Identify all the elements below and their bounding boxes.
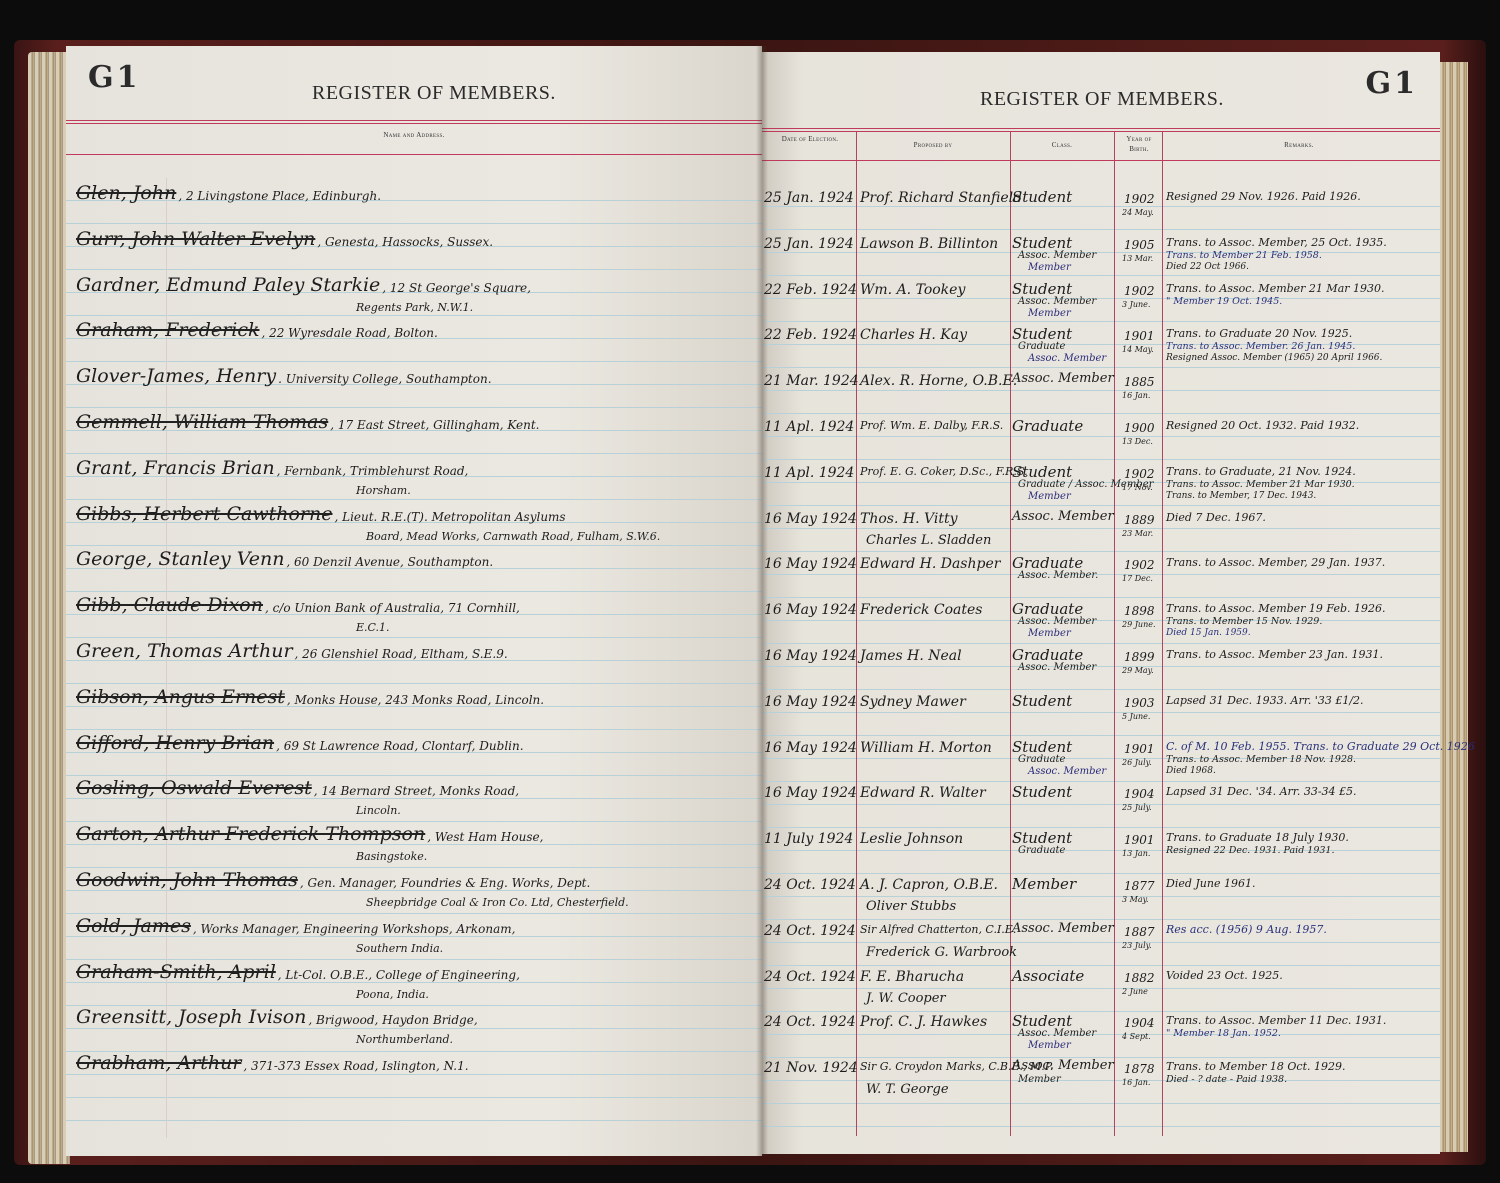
remark-line: Trans. to Assoc. Member 21 Mar 1930. [1166, 479, 1355, 490]
member-address: , Fernbank, Trimblehurst Road, [277, 464, 469, 478]
member-address: , 17 East Street, Gillingham, Kent. [330, 418, 539, 432]
member-class-transfer-2: Member [1028, 1040, 1071, 1051]
election-date: 16 May 1924 [764, 785, 857, 801]
register-entry: Glover-James, Henry. University College,… [66, 361, 762, 407]
member-address: , Works Manager, Engineering Workshops, … [193, 922, 516, 936]
member-address: , Gen. Manager, Foundries & Eng. Works, … [300, 876, 590, 890]
remark-line: Trans. to Assoc. Member, 29 Jan. 1937. [1166, 556, 1385, 569]
member-class: Assoc. Member [1012, 1058, 1114, 1073]
member-name: Grant, Francis Brian [76, 457, 275, 479]
member-name: Gibb, Claude Dixon [76, 594, 263, 616]
birth-year: 1899 [1124, 650, 1155, 664]
seconder: Oliver Stubbs [866, 899, 956, 914]
remark-line: " Member 19 Oct. 1945. [1166, 296, 1282, 307]
member-class-transfer: Assoc. Member [1018, 250, 1096, 261]
proposer: Prof. C. J. Hawkes [860, 1014, 987, 1030]
member-address-line2: Northumberland. [356, 1033, 453, 1046]
register-entry-details: 16 May 1924Sydney MawerStudent19035 June… [762, 688, 1440, 734]
header-rule-bottom [66, 154, 762, 155]
register-entry-details: 24 Oct. 1924A. J. Capron, O.B.E.Oliver S… [762, 871, 1440, 917]
remark-line: Lapsed 31 Dec. 1933. Arr. '33 £1/2. [1166, 694, 1364, 707]
member-class: Member [1012, 875, 1076, 893]
birth-day: 23 July. [1122, 941, 1152, 950]
member-name: Glen, John [76, 182, 176, 204]
member-class: Assoc. Member [1012, 371, 1114, 386]
member-name: Goodwin, John Thomas [76, 869, 298, 891]
register-entry: Glen, John, 2 Livingstone Place, Edinbur… [66, 178, 762, 224]
member-address: , 22 Wyresdale Road, Bolton. [261, 326, 437, 340]
birth-day: 25 July. [1122, 803, 1152, 812]
birth-day: 29 May. [1122, 666, 1154, 675]
register-entry-details: 22 Feb. 1924Charles H. KayStudentGraduat… [762, 321, 1440, 367]
proposer: James H. Neal [860, 648, 962, 664]
member-address-line2: Poona, India. [356, 988, 429, 1001]
page-code-left: G1 [88, 60, 141, 95]
member-class: Graduate [1012, 417, 1083, 435]
birth-year: 1903 [1124, 696, 1155, 710]
register-entry: Gibbs, Herbert Cawthorne, Lieut. R.E.(T)… [66, 499, 762, 545]
member-name: Graham, Frederick [76, 319, 259, 341]
member-class: Student [1012, 188, 1072, 206]
member-name: Graham-Smith, April [76, 961, 276, 983]
member-class: Associate [1012, 967, 1084, 985]
register-entry-details: 11 Apl. 1924Prof. Wm. E. Dalby, F.R.S.Gr… [762, 413, 1440, 459]
remark-line: Died 22 Oct 1966. [1166, 262, 1249, 272]
birth-day: 17 Dec. [1122, 574, 1153, 583]
register-entry: Gemmell, William Thomas, 17 East Street,… [66, 407, 762, 453]
birth-year: 1902 [1124, 467, 1155, 481]
register-entry-details: 25 Jan. 1924Lawson B. BillintonStudentAs… [762, 230, 1440, 276]
birth-year: 1901 [1124, 833, 1155, 847]
member-class-transfer-2: Member [1028, 628, 1071, 639]
seconder: W. T. George [866, 1082, 949, 1097]
member-address: . University College, Southampton. [278, 372, 491, 386]
column-header-date: Date of Election. [766, 134, 854, 144]
election-date: 25 Jan. 1924 [764, 236, 854, 252]
member-address: , West Ham House, [427, 830, 543, 844]
remark-line: C. of M. 10 Feb. 1955. Trans. to Graduat… [1166, 740, 1475, 753]
proposer: A. J. Capron, O.B.E. [860, 877, 998, 893]
member-class-transfer: Assoc. Member [1018, 296, 1096, 307]
election-date: 24 Oct. 1924 [764, 923, 856, 939]
member-name: Gemmell, William Thomas [76, 411, 328, 433]
register-entry: Goodwin, John Thomas, Gen. Manager, Foun… [66, 865, 762, 911]
proposer: Leslie Johnson [860, 831, 963, 847]
election-date: 22 Feb. 1924 [764, 282, 857, 298]
birth-year: 1905 [1124, 238, 1155, 252]
member-address-line2: Basingstoke. [356, 850, 427, 863]
register-entry: Grabham, Arthur, 371-373 Essex Road, Isl… [66, 1048, 762, 1094]
birth-year: 1900 [1124, 421, 1155, 435]
birth-day: 4 Sept. [1122, 1032, 1151, 1041]
member-address-line2: Board, Mead Works, Carnwath Road, Fulham… [366, 530, 660, 543]
birth-day: 2 June [1122, 987, 1148, 996]
birth-year: 1889 [1124, 513, 1155, 527]
birth-day: 16 Jan. [1122, 391, 1150, 400]
member-address: , 26 Glenshiel Road, Eltham, S.E.9. [295, 647, 508, 661]
remark-line: Died 1968. [1166, 766, 1216, 776]
member-address: , 2 Livingstone Place, Edinburgh. [178, 189, 381, 203]
register-entry-details: 16 May 1924Edward R. WalterStudent190425… [762, 779, 1440, 825]
member-address: , Genesta, Hassocks, Sussex. [317, 235, 493, 249]
member-address: , Monks House, 243 Monks Road, Lincoln. [287, 693, 544, 707]
proposer: Prof. E. G. Coker, D.Sc., F.R.S. [860, 465, 1028, 478]
page-title-left: REGISTER OF MEMBERS. [312, 82, 556, 105]
proposer: Edward R. Walter [860, 785, 986, 801]
election-date: 11 July 1924 [764, 831, 853, 847]
header-rule-top-right [762, 128, 1440, 132]
page-code-right: G1 [1366, 66, 1419, 101]
birth-year: 1885 [1124, 375, 1155, 389]
register-entry-details: 16 May 1924Frederick CoatesGraduateAssoc… [762, 596, 1440, 642]
member-class-transfer: Member [1018, 1074, 1061, 1085]
election-date: 16 May 1924 [764, 648, 857, 664]
birth-day: 26 July. [1122, 758, 1152, 767]
member-address: , Brigwood, Haydon Bridge, [308, 1013, 477, 1027]
member-class-transfer: Assoc. Member [1018, 616, 1096, 627]
register-entry-details: 25 Jan. 1924Prof. Richard StanfieldStude… [762, 184, 1440, 230]
remark-line: Died 15 Jan. 1959. [1166, 628, 1251, 638]
remark-line: Resigned 29 Nov. 1926. Paid 1926. [1166, 190, 1361, 203]
register-entry-details: 11 July 1924Leslie JohnsonStudentGraduat… [762, 825, 1440, 871]
remark-line: Trans. to Graduate 20 Nov. 1925. [1166, 327, 1352, 340]
remark-line: Voided 23 Oct. 1925. [1166, 969, 1283, 982]
member-address-line2: Sheepbridge Coal & Iron Co. Ltd, Chester… [366, 896, 629, 909]
register-entry-details: 11 Apl. 1924Prof. E. G. Coker, D.Sc., F.… [762, 459, 1440, 505]
birth-year: 1901 [1124, 742, 1155, 756]
birth-day: 23 Mar. [1122, 529, 1153, 538]
header-rule-top [66, 120, 762, 124]
remark-line: Trans. to Assoc. Member 18 Nov. 1928. [1166, 754, 1356, 765]
register-entry-details: 24 Oct. 1924Sir Alfred Chatterton, C.I.E… [762, 917, 1440, 963]
remark-line: Trans. to Member 15 Nov. 1929. [1166, 616, 1322, 627]
page-title-right: REGISTER OF MEMBERS. [980, 88, 1224, 111]
proposer: Sydney Mawer [860, 694, 966, 710]
remark-line: " Member 18 Jan. 1952. [1166, 1028, 1281, 1039]
election-date: 24 Oct. 1924 [764, 1014, 856, 1030]
right-page: REGISTER OF MEMBERS. G1 Date of Election… [762, 52, 1440, 1154]
register-entry-details: 22 Feb. 1924Wm. A. TookeyStudentAssoc. M… [762, 276, 1440, 322]
remark-line: Trans. to Graduate 18 July 1930. [1166, 831, 1349, 844]
proposer: Wm. A. Tookey [860, 282, 965, 298]
member-class-transfer: Graduate [1018, 754, 1065, 765]
birth-year: 1877 [1124, 879, 1155, 893]
register-entry-details: 24 Oct. 1924F. E. BharuchaJ. W. CooperAs… [762, 963, 1440, 1009]
birth-year: 1901 [1124, 329, 1155, 343]
remark-line: Trans. to Member 18 Oct. 1929. [1166, 1060, 1346, 1073]
election-date: 11 Apl. 1924 [764, 465, 854, 481]
remark-line: Trans. to Assoc. Member 21 Mar 1930. [1166, 282, 1385, 295]
seconder: J. W. Cooper [866, 991, 946, 1006]
member-name: Gibson, Angus Ernest [76, 686, 285, 708]
seconder: Charles L. Sladden [866, 533, 991, 548]
birth-year: 1902 [1124, 558, 1155, 572]
election-date: 21 Nov. 1924 [764, 1060, 858, 1076]
member-name: Gold, James [76, 915, 191, 937]
member-address: , 69 St Lawrence Road, Clontarf, Dublin. [276, 739, 523, 753]
birth-day: 13 Dec. [1122, 437, 1153, 446]
proposer: Alex. R. Horne, O.B.E. [860, 373, 1017, 389]
election-date: 16 May 1924 [764, 694, 857, 710]
register-entry: Garton, Arthur Frederick Thompson, West … [66, 819, 762, 865]
column-header-year-of-birth: Year of Birth. [1116, 134, 1162, 154]
register-entry: George, Stanley Venn, 60 Denzil Avenue, … [66, 544, 762, 590]
member-address: , c/o Union Bank of Australia, 71 Cornhi… [265, 601, 520, 615]
proposer: William H. Morton [860, 740, 992, 756]
election-date: 24 Oct. 1924 [764, 877, 856, 893]
remark-line: Trans. to Assoc. Member. 26 Jan. 1945. [1166, 341, 1355, 352]
register-entry: Gurr, John Walter Evelyn, Genesta, Hasso… [66, 224, 762, 270]
book-gutter [756, 46, 768, 1156]
proposer: Edward H. Dashper [860, 556, 1000, 572]
seconder: Frederick G. Warbrook [866, 945, 1017, 960]
member-address: , 60 Denzil Avenue, Southampton. [286, 555, 493, 569]
register-entry-details: 16 May 1924Thos. H. VittyCharles L. Slad… [762, 505, 1440, 551]
member-class-transfer-2: Member [1028, 491, 1071, 502]
member-class: Student [1012, 783, 1072, 801]
member-class-transfer: Graduate [1018, 845, 1065, 856]
column-header-remarks: Remarks. [1164, 140, 1434, 150]
member-address-line2: Southern India. [356, 942, 443, 955]
election-date: 24 Oct. 1924 [764, 969, 856, 985]
member-address: , Lieut. R.E.(T). Metropolitan Asylums [334, 510, 565, 524]
member-class: Student [1012, 692, 1072, 710]
remark-line: Trans. to Assoc. Member, 25 Oct. 1935. [1166, 236, 1387, 249]
register-entry: Gibb, Claude Dixon, c/o Union Bank of Au… [66, 590, 762, 636]
remark-line: Trans. to Graduate, 21 Nov. 1924. [1166, 465, 1356, 478]
member-name: George, Stanley Venn [76, 548, 284, 570]
remark-line: Resigned 20 Oct. 1932. Paid 1932. [1166, 419, 1359, 432]
member-name: Greensitt, Joseph Ivison [76, 1006, 306, 1028]
remark-line: Died 7 Dec. 1967. [1166, 511, 1266, 524]
proposer: Lawson B. Billinton [860, 236, 998, 252]
remark-line: Trans. to Assoc. Member 23 Jan. 1931. [1166, 648, 1383, 661]
birth-day: 5 June. [1122, 712, 1150, 721]
member-class-transfer-2: Assoc. Member [1028, 766, 1106, 777]
column-header-name-address: Name and Address. [66, 130, 762, 140]
register-entry-details: 21 Mar. 1924Alex. R. Horne, O.B.E.Assoc.… [762, 367, 1440, 413]
proposer: Sir Alfred Chatterton, C.I.E. [860, 923, 1016, 936]
register-entry: Greensitt, Joseph Ivison, Brigwood, Hayd… [66, 1002, 762, 1048]
member-address-line2: Regents Park, N.W.1. [356, 301, 473, 314]
proposer: Frederick Coates [860, 602, 982, 618]
register-entry: Gibson, Angus Ernest, Monks House, 243 M… [66, 682, 762, 728]
member-class-transfer: Assoc. Member [1018, 662, 1096, 673]
column-header-proposed-by: Proposed by [858, 140, 1008, 150]
birth-day: 3 June. [1122, 300, 1150, 309]
member-class-transfer-2: Member [1028, 308, 1071, 319]
birth-year: 1898 [1124, 604, 1155, 618]
election-date: 16 May 1924 [764, 740, 857, 756]
member-name: Gosling, Oswald Everest [76, 777, 312, 799]
register-entry-details: 16 May 1924James H. NealGraduateAssoc. M… [762, 642, 1440, 688]
member-name: Green, Thomas Arthur [76, 640, 293, 662]
member-address: , 371-373 Essex Road, Islington, N.1. [243, 1059, 468, 1073]
register-entry-details: 24 Oct. 1924Prof. C. J. HawkesStudentAss… [762, 1008, 1440, 1054]
member-name: Gibbs, Herbert Cawthorne [76, 503, 332, 525]
election-date: 11 Apl. 1924 [764, 419, 854, 435]
birth-year: 1878 [1124, 1062, 1155, 1076]
remark-line: Resigned Assoc. Member (1965) 20 April 1… [1166, 353, 1382, 363]
birth-day: 13 Jan. [1122, 849, 1150, 858]
member-class-transfer: Assoc. Member. [1018, 570, 1098, 581]
remark-line: Died - ? date - Paid 1938. [1166, 1074, 1287, 1085]
member-class-transfer: Assoc. Member [1018, 1028, 1096, 1039]
member-name: Garton, Arthur Frederick Thompson [76, 823, 425, 845]
register-entry: Gardner, Edmund Paley Starkie, 12 St Geo… [66, 270, 762, 316]
member-name: Gardner, Edmund Paley Starkie [76, 274, 380, 296]
member-class-transfer-2: Assoc. Member [1028, 353, 1106, 364]
remark-line: Trans. to Assoc. Member 11 Dec. 1931. [1166, 1014, 1386, 1027]
remark-line: Trans. to Member 21 Feb. 1958. [1166, 250, 1322, 261]
register-entry: Graham, Frederick, 22 Wyresdale Road, Bo… [66, 315, 762, 361]
remark-line: Died June 1961. [1166, 877, 1255, 890]
register-entry: Graham-Smith, April, Lt-Col. O.B.E., Col… [66, 957, 762, 1003]
birth-year: 1902 [1124, 192, 1155, 206]
member-name: Gifford, Henry Brian [76, 732, 274, 754]
election-date: 16 May 1924 [764, 511, 857, 527]
member-class: Assoc. Member [1012, 921, 1114, 936]
register-entry: Gosling, Oswald Everest, 14 Bernard Stre… [66, 773, 762, 819]
left-page: G1 REGISTER OF MEMBERS. Name and Address… [66, 46, 762, 1156]
remark-line: Res acc. (1956) 9 Aug. 1957. [1166, 923, 1327, 936]
proposer: Prof. Richard Stanfield [860, 190, 1022, 206]
register-entry-details: 16 May 1924William H. MortonStudentGradu… [762, 734, 1440, 780]
remark-line: Lapsed 31 Dec. '34. Arr. 33-34 £5. [1166, 785, 1357, 798]
election-date: 21 Mar. 1924 [764, 373, 859, 389]
birth-year: 1904 [1124, 787, 1155, 801]
birth-day: 13 Mar. [1122, 254, 1153, 263]
page-edges-left [28, 52, 70, 1164]
remark-line: Trans. to Assoc. Member 19 Feb. 1926. [1166, 602, 1386, 615]
member-name: Grabham, Arthur [76, 1052, 241, 1074]
proposer: Charles H. Kay [860, 327, 967, 343]
member-address: , 12 St George's Square, [382, 281, 531, 295]
birth-day: 16 Jan. [1122, 1078, 1150, 1087]
election-date: 16 May 1924 [764, 556, 857, 572]
member-name: Glover-James, Henry [76, 365, 276, 387]
register-entry-details: 16 May 1924Edward H. DashperGraduateAsso… [762, 550, 1440, 596]
register-entry: Gold, James, Works Manager, Engineering … [66, 911, 762, 957]
birth-day: 14 May. [1122, 345, 1154, 354]
member-address: , Lt-Col. O.B.E., College of Engineering… [278, 968, 520, 982]
birth-year: 1904 [1124, 1016, 1155, 1030]
member-address-line2: Lincoln. [356, 804, 401, 817]
column-header-class: Class. [1010, 140, 1114, 150]
birth-day: 24 May. [1122, 208, 1154, 217]
register-entry: Green, Thomas Arthur, 26 Glenshiel Road,… [66, 636, 762, 682]
election-date: 16 May 1924 [764, 602, 857, 618]
proposer: F. E. Bharucha [860, 969, 964, 985]
remark-line: Trans. to Member, 17 Dec. 1943. [1166, 491, 1316, 501]
member-address: , 14 Bernard Street, Monks Road, [314, 784, 519, 798]
birth-day: 17 Nov. [1122, 483, 1153, 492]
member-class-transfer: Graduate [1018, 341, 1065, 352]
election-date: 25 Jan. 1924 [764, 190, 854, 206]
register-entry: Gifford, Henry Brian, 69 St Lawrence Roa… [66, 728, 762, 774]
birth-year: 1902 [1124, 284, 1155, 298]
birth-year: 1887 [1124, 925, 1155, 939]
register-entry-details: 21 Nov. 1924Sir G. Croydon Marks, C.B.E.… [762, 1054, 1440, 1100]
member-address-line2: Horsham. [356, 484, 411, 497]
member-class-transfer-2: Member [1028, 262, 1071, 273]
proposer: Prof. Wm. E. Dalby, F.R.S. [860, 419, 1003, 432]
remark-line: Resigned 22 Dec. 1931. Paid 1931. [1166, 845, 1335, 856]
header-rule-bottom-right [762, 160, 1440, 161]
member-address-line2: E.C.1. [356, 621, 390, 634]
member-name: Gurr, John Walter Evelyn [76, 228, 315, 250]
birth-year: 1882 [1124, 971, 1155, 985]
birth-day: 3 May. [1122, 895, 1149, 904]
proposer: Thos. H. Vitty [860, 511, 957, 527]
register-entry: Grant, Francis Brian, Fernbank, Trimbleh… [66, 453, 762, 499]
member-class: Assoc. Member [1012, 509, 1114, 524]
election-date: 22 Feb. 1924 [764, 327, 857, 343]
birth-day: 29 June. [1122, 620, 1156, 629]
